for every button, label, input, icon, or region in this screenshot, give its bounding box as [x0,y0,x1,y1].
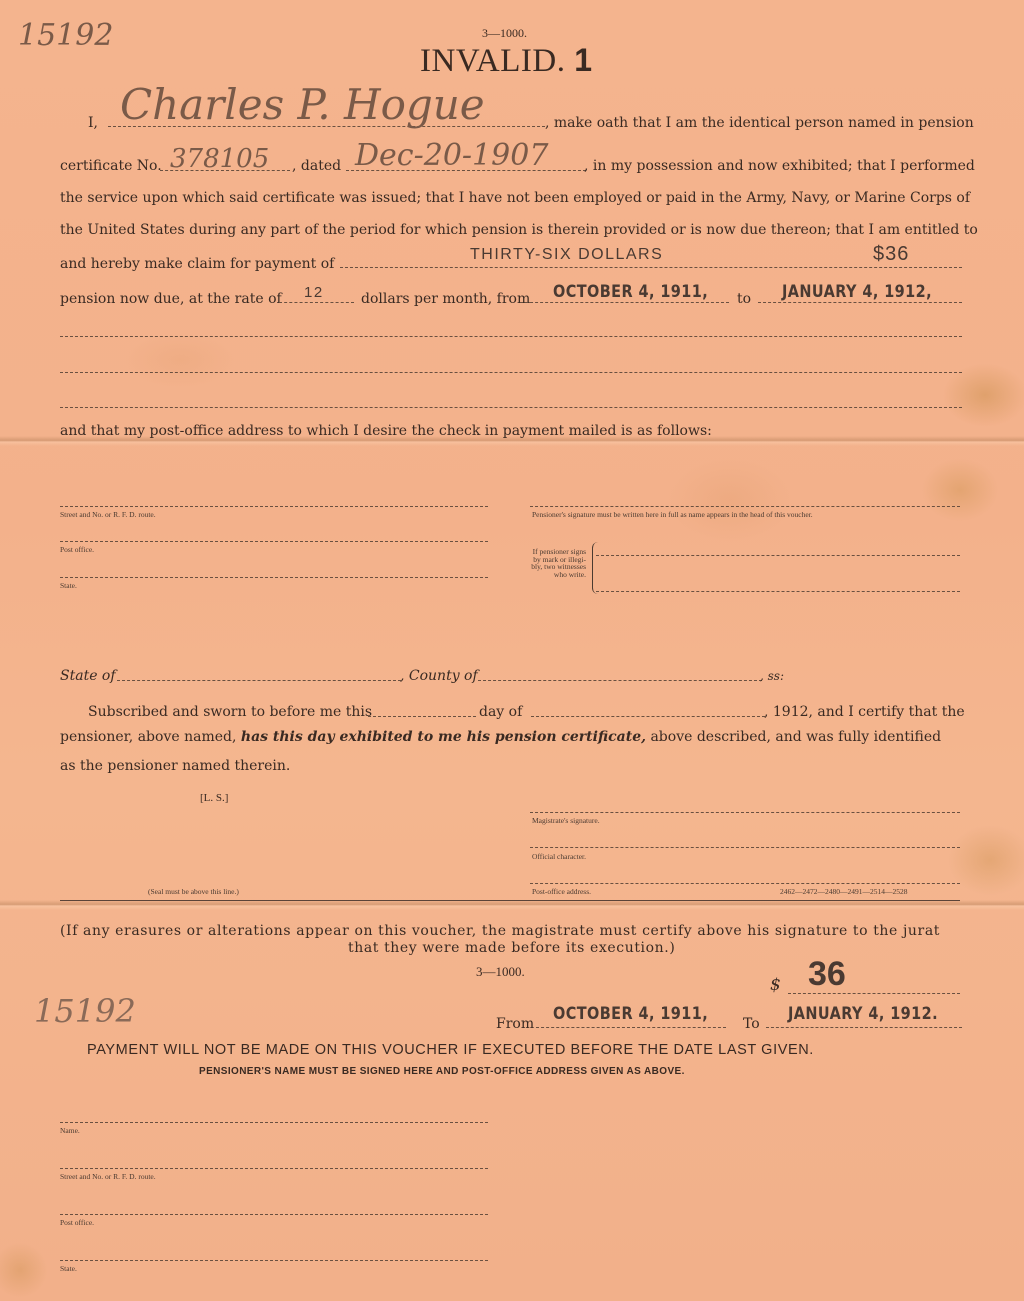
footer-handwritten-number: 15192 [34,992,136,1030]
blank-line-3[interactable] [60,407,962,408]
footer-state-label: State. [60,1264,77,1273]
form-number: 3—1000. [482,26,527,41]
rate-field-line [279,302,354,303]
pensioner-name-field[interactable]: Charles P. Hogue [120,80,485,129]
witness-2-field[interactable] [596,591,960,592]
oath-prefix: I, [88,114,98,132]
certificate-label: certificate No. [60,157,162,175]
blank-line-1[interactable] [60,336,962,337]
fold-line-lower [0,900,1024,910]
brace-icon [592,542,598,594]
payment-warning: PAYMENT WILL NOT BE MADE ON THIS VOUCHER… [87,1042,814,1058]
to-date-field[interactable]: JANUARY 4, 1912, [782,282,932,302]
erasure-note-line-2: that they were made before its execution… [348,939,675,957]
official-character-label: Official character. [532,852,586,861]
claim-amount-field[interactable]: $36 [873,243,909,266]
jurat-month-field[interactable] [531,716,765,717]
footer-from-label: From [496,1015,534,1033]
witness-1-field[interactable] [596,555,960,556]
erasure-note-line-1: (If any erasures or alterations appear o… [60,922,940,940]
form-title: INVALID. 1 [420,42,593,80]
footer-street-label: Street and No. or R. F. D. route. [60,1172,156,1181]
footer-amount-field[interactable]: 36 [808,955,846,994]
state-label: State. [60,581,77,590]
state-field[interactable] [60,577,488,578]
footer-street-field[interactable] [60,1168,488,1169]
po-address-label: Post-office address. [532,887,591,896]
street-field[interactable] [60,506,488,507]
title-number: 1 [574,42,592,78]
footer-name-label: Name. [60,1126,80,1135]
state-of-label: State of [60,667,116,685]
jurat-line-3: as the pensioner named therein. [60,757,290,775]
oath-text-1: , make oath that I am the identical pers… [545,114,974,132]
claim-words-field[interactable]: THIRTY-SIX DOLLARS [470,246,663,264]
rate-field[interactable]: 12 [304,284,324,301]
print-codes: 2462—2472—2480—2491—2514—2528 [780,887,908,896]
dated-label: , dated [292,157,341,175]
footer-name-field[interactable] [60,1122,488,1123]
footer-state-field[interactable] [60,1260,488,1261]
blank-line-2[interactable] [60,372,962,373]
oath-text-3: the service upon which said certificate … [60,189,970,207]
dollar-sign: $ [770,975,781,995]
from-field-line [520,302,729,303]
title-word: INVALID. [420,43,565,79]
rate-suffix: dollars per month, from [361,290,530,308]
signing-instruction: PENSIONER'S NAME MUST BE SIGNED HERE AND… [199,1066,685,1077]
county-of-label: , County of [400,667,478,685]
post-office-label: Post office. [60,545,94,554]
footer-from-date-field[interactable]: OCTOBER 4, 1911, [553,1004,708,1024]
claim-label: and hereby make claim for payment of [60,255,334,273]
street-label: Street and No. or R. F. D. route. [60,510,156,519]
from-date-field[interactable]: OCTOBER 4, 1911, [553,282,708,302]
footer-post-office-label: Post office. [60,1218,94,1227]
footer-to-line [766,1027,962,1028]
pensioner-signature-field[interactable] [530,506,960,507]
seal-rule [60,900,960,901]
claim-field-line [340,267,962,268]
subscribed-label: Subscribed and sworn to before me this [88,703,372,721]
seal-note: (Seal must be above this line.) [148,887,239,896]
certificate-number-field[interactable]: 378105 [170,144,269,174]
jurat-line-2: pensioner, above named, has this day exh… [60,728,941,746]
day-of-label: day of [479,703,522,721]
to-label: to [737,290,751,308]
to-field-line [758,302,962,303]
signature-label: Pensioner's signature must be written he… [532,510,813,519]
official-character-field[interactable] [530,847,960,848]
seal-label: [L. S.] [200,792,228,804]
oath-text-2: , in my possession and now exhibited; th… [584,157,975,175]
jurat-emphasis: has this day exhibited to me his pension… [241,729,646,745]
footer-form-number: 3—1000. [476,964,525,980]
footer-post-office-field[interactable] [60,1214,488,1215]
jurat-day-field[interactable] [368,716,476,717]
address-intro: and that my post-office address to which… [60,422,712,440]
footer-to-date-field[interactable]: JANUARY 4, 1912. [788,1004,938,1024]
magistrate-signature-label: Magistrate's signature. [532,816,600,825]
rate-label: pension now due, at the rate of [60,290,282,308]
post-office-field[interactable] [60,541,488,542]
county-of-field[interactable] [478,680,762,681]
footer-to-label: To [743,1015,760,1033]
oath-text-4: the United States during any part of the… [60,221,978,239]
magistrate-signature-field[interactable] [530,812,960,813]
footer-from-line [536,1027,726,1028]
jurat-year-text: , 1912, and I certify that the [764,703,965,721]
ss-label: , ss: [760,667,784,685]
witness-note: If pensioner signs by mark or illegi- bl… [504,548,586,578]
dated-field[interactable]: Dec-20-1907 [355,138,548,173]
magistrate-po-address-field[interactable] [530,883,960,884]
handwritten-file-number: 15192 [18,18,113,53]
state-of-field[interactable] [117,680,401,681]
